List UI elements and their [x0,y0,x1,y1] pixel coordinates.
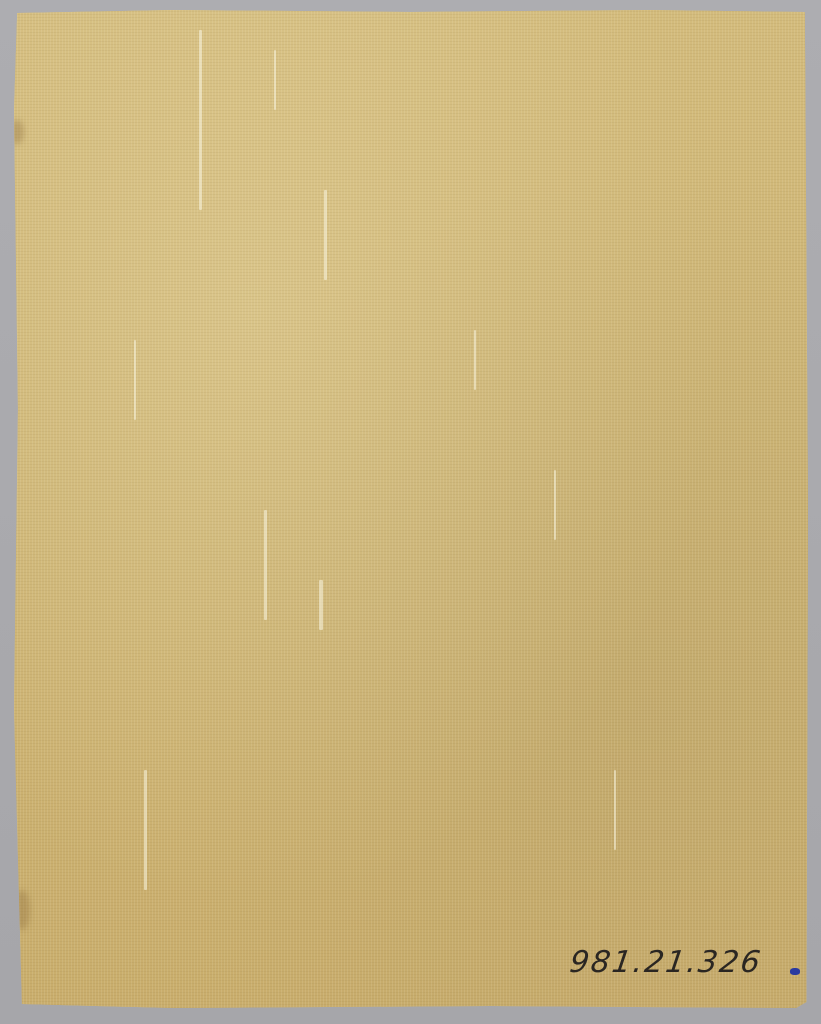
fiber-highlight [324,190,327,280]
accession-number: 981.21.326 [568,945,765,980]
fiber-highlight [134,340,136,420]
ink-dot [790,968,800,975]
fiber-highlight [474,330,476,390]
fiber-highlight [274,50,276,110]
stain-mark [14,890,30,930]
fiber-highlight [614,770,616,850]
textile-sample [14,10,808,1008]
fiber-highlight [319,580,323,630]
stain-mark [10,120,24,144]
fiber-highlight [264,510,267,620]
photo-stage: 981.21.326 [0,0,821,1024]
fiber-highlight [144,770,147,890]
fiber-highlight [554,470,556,540]
fiber-highlight [199,30,202,210]
